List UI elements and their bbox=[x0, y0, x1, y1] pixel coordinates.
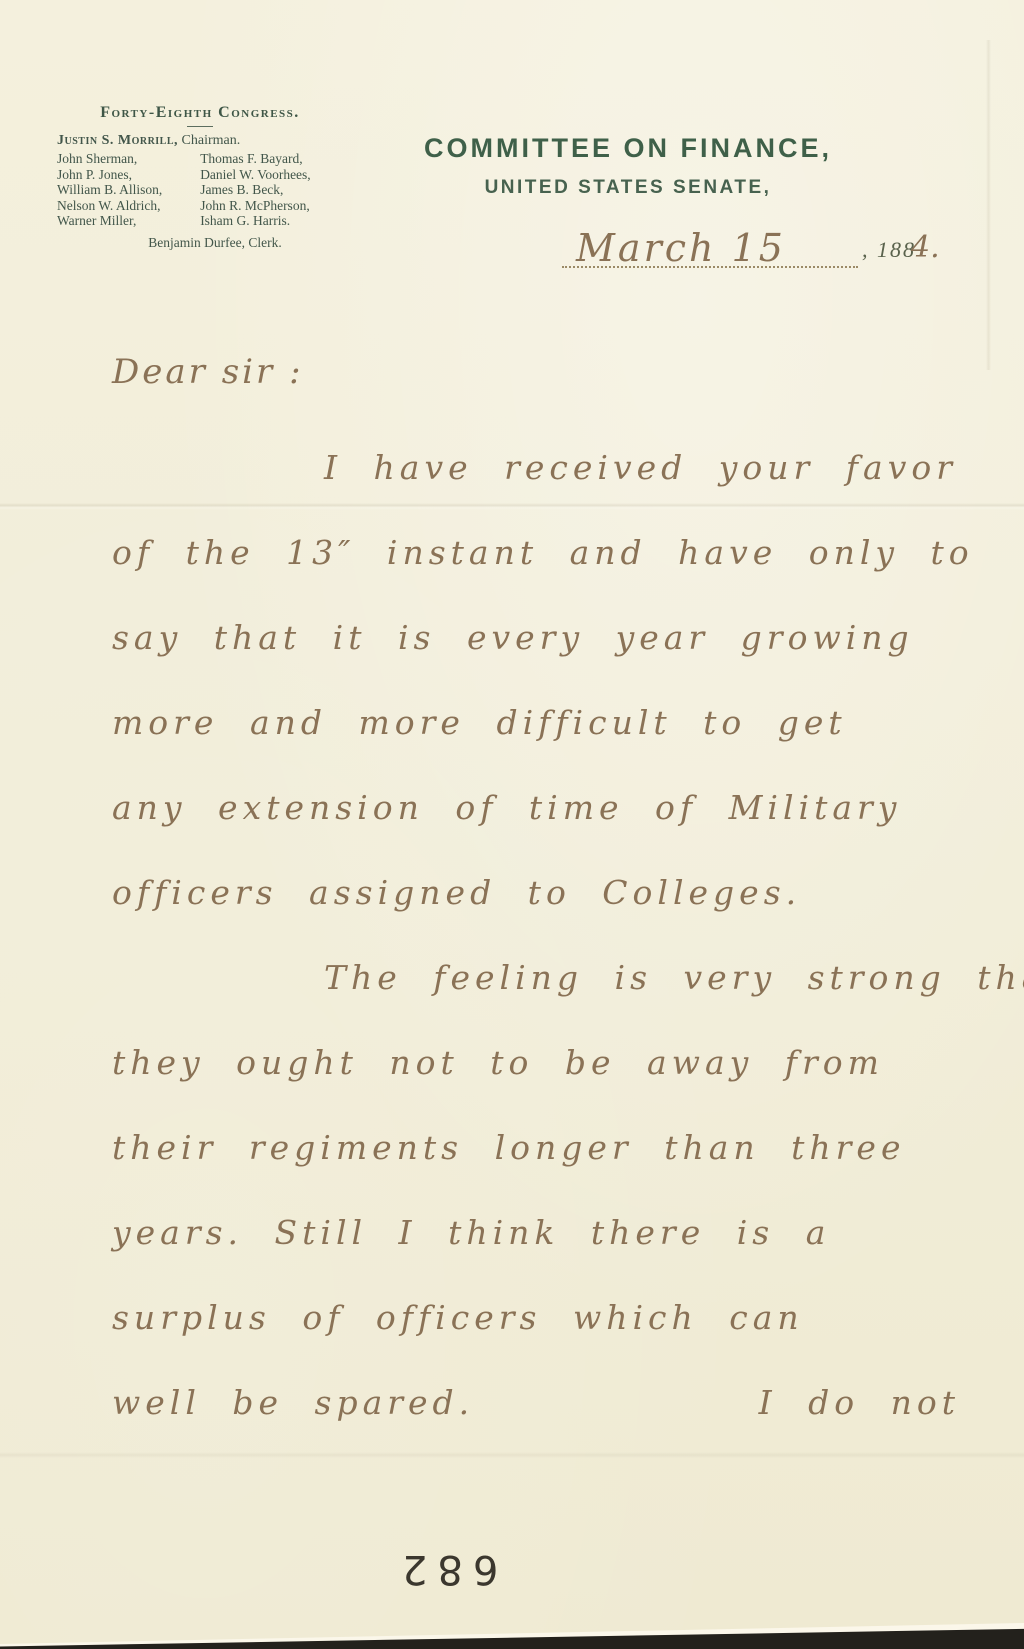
members-list: John Sherman,John P. Jones,William B. Al… bbox=[45, 151, 355, 229]
handwritten-text: I do not bbox=[759, 1383, 960, 1422]
clerk-line: Benjamin Durfee, Clerk. bbox=[45, 235, 355, 251]
member-name: John R. McPherson, bbox=[200, 198, 355, 214]
handwritten-line: The feeling is very strong that bbox=[112, 912, 960, 997]
members-col2: Thomas F. Bayard,Daniel W. Voorhees,Jame… bbox=[200, 151, 355, 229]
handwritten-text: more and more difficult to get bbox=[112, 703, 847, 742]
handwritten-text: they ought not to be away from bbox=[112, 1043, 884, 1082]
handwritten-line: their regiments longer than three bbox=[112, 1082, 960, 1167]
heading-divider bbox=[187, 126, 213, 127]
printed-year-prefix: , 188 bbox=[862, 237, 916, 262]
chairman-name: Justin S. Morrill, bbox=[57, 133, 178, 148]
handwritten-line: surplus of officers which can bbox=[112, 1252, 960, 1337]
body-lines: I have received your favorof the 13″ ins… bbox=[112, 402, 960, 1422]
page-number: 682 bbox=[392, 1546, 498, 1592]
member-name: Warner Miller, bbox=[57, 213, 200, 229]
chairman-title: Chairman. bbox=[182, 133, 241, 148]
handwritten-text: their regiments longer than three bbox=[112, 1128, 905, 1167]
handwritten-line: of the 13″ instant and have only to bbox=[112, 487, 960, 572]
handwritten-date: March 15 bbox=[562, 226, 786, 270]
member-name: Nelson W. Aldrich, bbox=[57, 198, 200, 214]
date-dotted-rule: March 15 bbox=[562, 222, 858, 268]
letterhead-roster: Forty-Eighth Congress. Justin S. Morrill… bbox=[45, 104, 355, 251]
handwritten-text: years. Still I think there is a bbox=[112, 1213, 830, 1252]
handwritten-line: years. Still I think there is a bbox=[112, 1167, 960, 1252]
letterhead-title: COMMITTEE ON FINANCE, UNITED STATES SENA… bbox=[388, 133, 868, 199]
member-name: John Sherman, bbox=[57, 151, 200, 167]
handwritten-text: officers assigned to Colleges. bbox=[112, 873, 801, 912]
handwritten-text: The feeling is very strong that bbox=[324, 958, 1024, 997]
chairman-line: Justin S. Morrill, Chairman. bbox=[45, 133, 355, 149]
member-name: James B. Beck, bbox=[200, 182, 355, 198]
handwritten-text: surplus of officers which can bbox=[112, 1298, 804, 1337]
handwritten-line: any extension of time of Military bbox=[112, 742, 960, 827]
handwritten-line: say that it is every year growing bbox=[112, 572, 960, 657]
handwritten-line: officers assigned to Colleges. bbox=[112, 827, 960, 912]
salutation: Dear sir : bbox=[112, 352, 960, 402]
handwritten-line: they ought not to be away from bbox=[112, 997, 960, 1082]
letter-body: Dear sir : I have received your favorof … bbox=[112, 352, 960, 1422]
handwritten-text: say that it is every year growing bbox=[112, 618, 914, 657]
handwritten-line: well be spared.I do not bbox=[112, 1337, 960, 1422]
handwritten-text: well be spared. bbox=[112, 1383, 474, 1422]
dateline: March 15, 1884. bbox=[562, 222, 940, 268]
member-name: Isham G. Harris. bbox=[200, 213, 355, 229]
handwritten-text: of the 13″ instant and have only to bbox=[112, 533, 974, 572]
member-name: John P. Jones, bbox=[57, 167, 200, 183]
letter-scan: Forty-Eighth Congress. Justin S. Morrill… bbox=[0, 0, 1024, 1649]
handwritten-text: I have received your favor bbox=[324, 448, 957, 487]
members-col1: John Sherman,John P. Jones,William B. Al… bbox=[57, 151, 200, 229]
handwritten-year-digit: 4. bbox=[911, 230, 940, 265]
member-name: Daniel W. Voorhees, bbox=[200, 167, 355, 183]
committee-name: COMMITTEE ON FINANCE, bbox=[388, 133, 868, 164]
senate-name: UNITED STATES SENATE, bbox=[388, 177, 868, 199]
congress-heading: Forty-Eighth Congress. bbox=[45, 104, 355, 122]
handwritten-line: more and more difficult to get bbox=[112, 657, 960, 742]
handwritten-text: any extension of time of Military bbox=[112, 788, 901, 827]
handwritten-line: I have received your favor bbox=[112, 402, 960, 487]
member-name: William B. Allison, bbox=[57, 182, 200, 198]
member-name: Thomas F. Bayard, bbox=[200, 151, 355, 167]
